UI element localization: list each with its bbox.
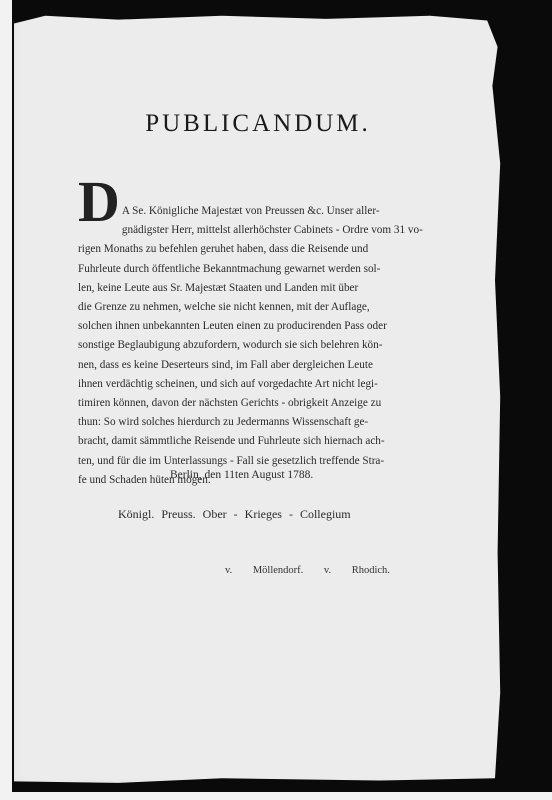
body-line: solchen ihnen unbekannten Leuten einen z…	[78, 317, 448, 336]
body-line: bracht, damit sämmtliche Reisende und Fu…	[78, 432, 448, 451]
body-line: Fuhrleute durch öffentliche Bekanntmachu…	[78, 260, 448, 279]
document-title: PUBLICANDUM.	[108, 110, 408, 138]
body-line: die Grenze zu nehmen, welche sie nicht k…	[78, 298, 448, 317]
drop-cap: D	[78, 180, 120, 224]
body-line: rigen Monaths zu befehlen geruhet haben,…	[78, 240, 448, 259]
body-line: ihnen verdächtig scheinen, und sich auf …	[78, 375, 448, 394]
date-line: Berlin, den 11ten August 1788.	[170, 469, 313, 481]
body-line: gnädigster Herr, mittelst allerhöchster …	[78, 221, 448, 240]
body-line: timiren können, davon der nächsten Geric…	[78, 394, 448, 413]
signatures: v. Möllendorf. v. Rhodich.	[225, 565, 390, 576]
body-line: len, keine Leute aus Sr. Majestæt Staate…	[78, 279, 448, 298]
proclamation-body: D A Se. Königliche Majestæt von Preussen…	[78, 180, 448, 490]
body-line: thun: So wird solches hierdurch zu Jeder…	[78, 413, 448, 432]
body-line: nen, dass es keine Deserteurs sind, im F…	[78, 356, 448, 375]
body-line: sonstige Beglaubigung abzufordern, wodur…	[78, 336, 448, 355]
issuing-authority: Königl. Preuss. Ober - Krieges - Collegi…	[118, 507, 351, 522]
body-line: A Se. Königliche Majestæt von Preussen &…	[78, 180, 448, 221]
body-line: ten, und für die im Unterlassungs - Fall…	[78, 452, 448, 471]
